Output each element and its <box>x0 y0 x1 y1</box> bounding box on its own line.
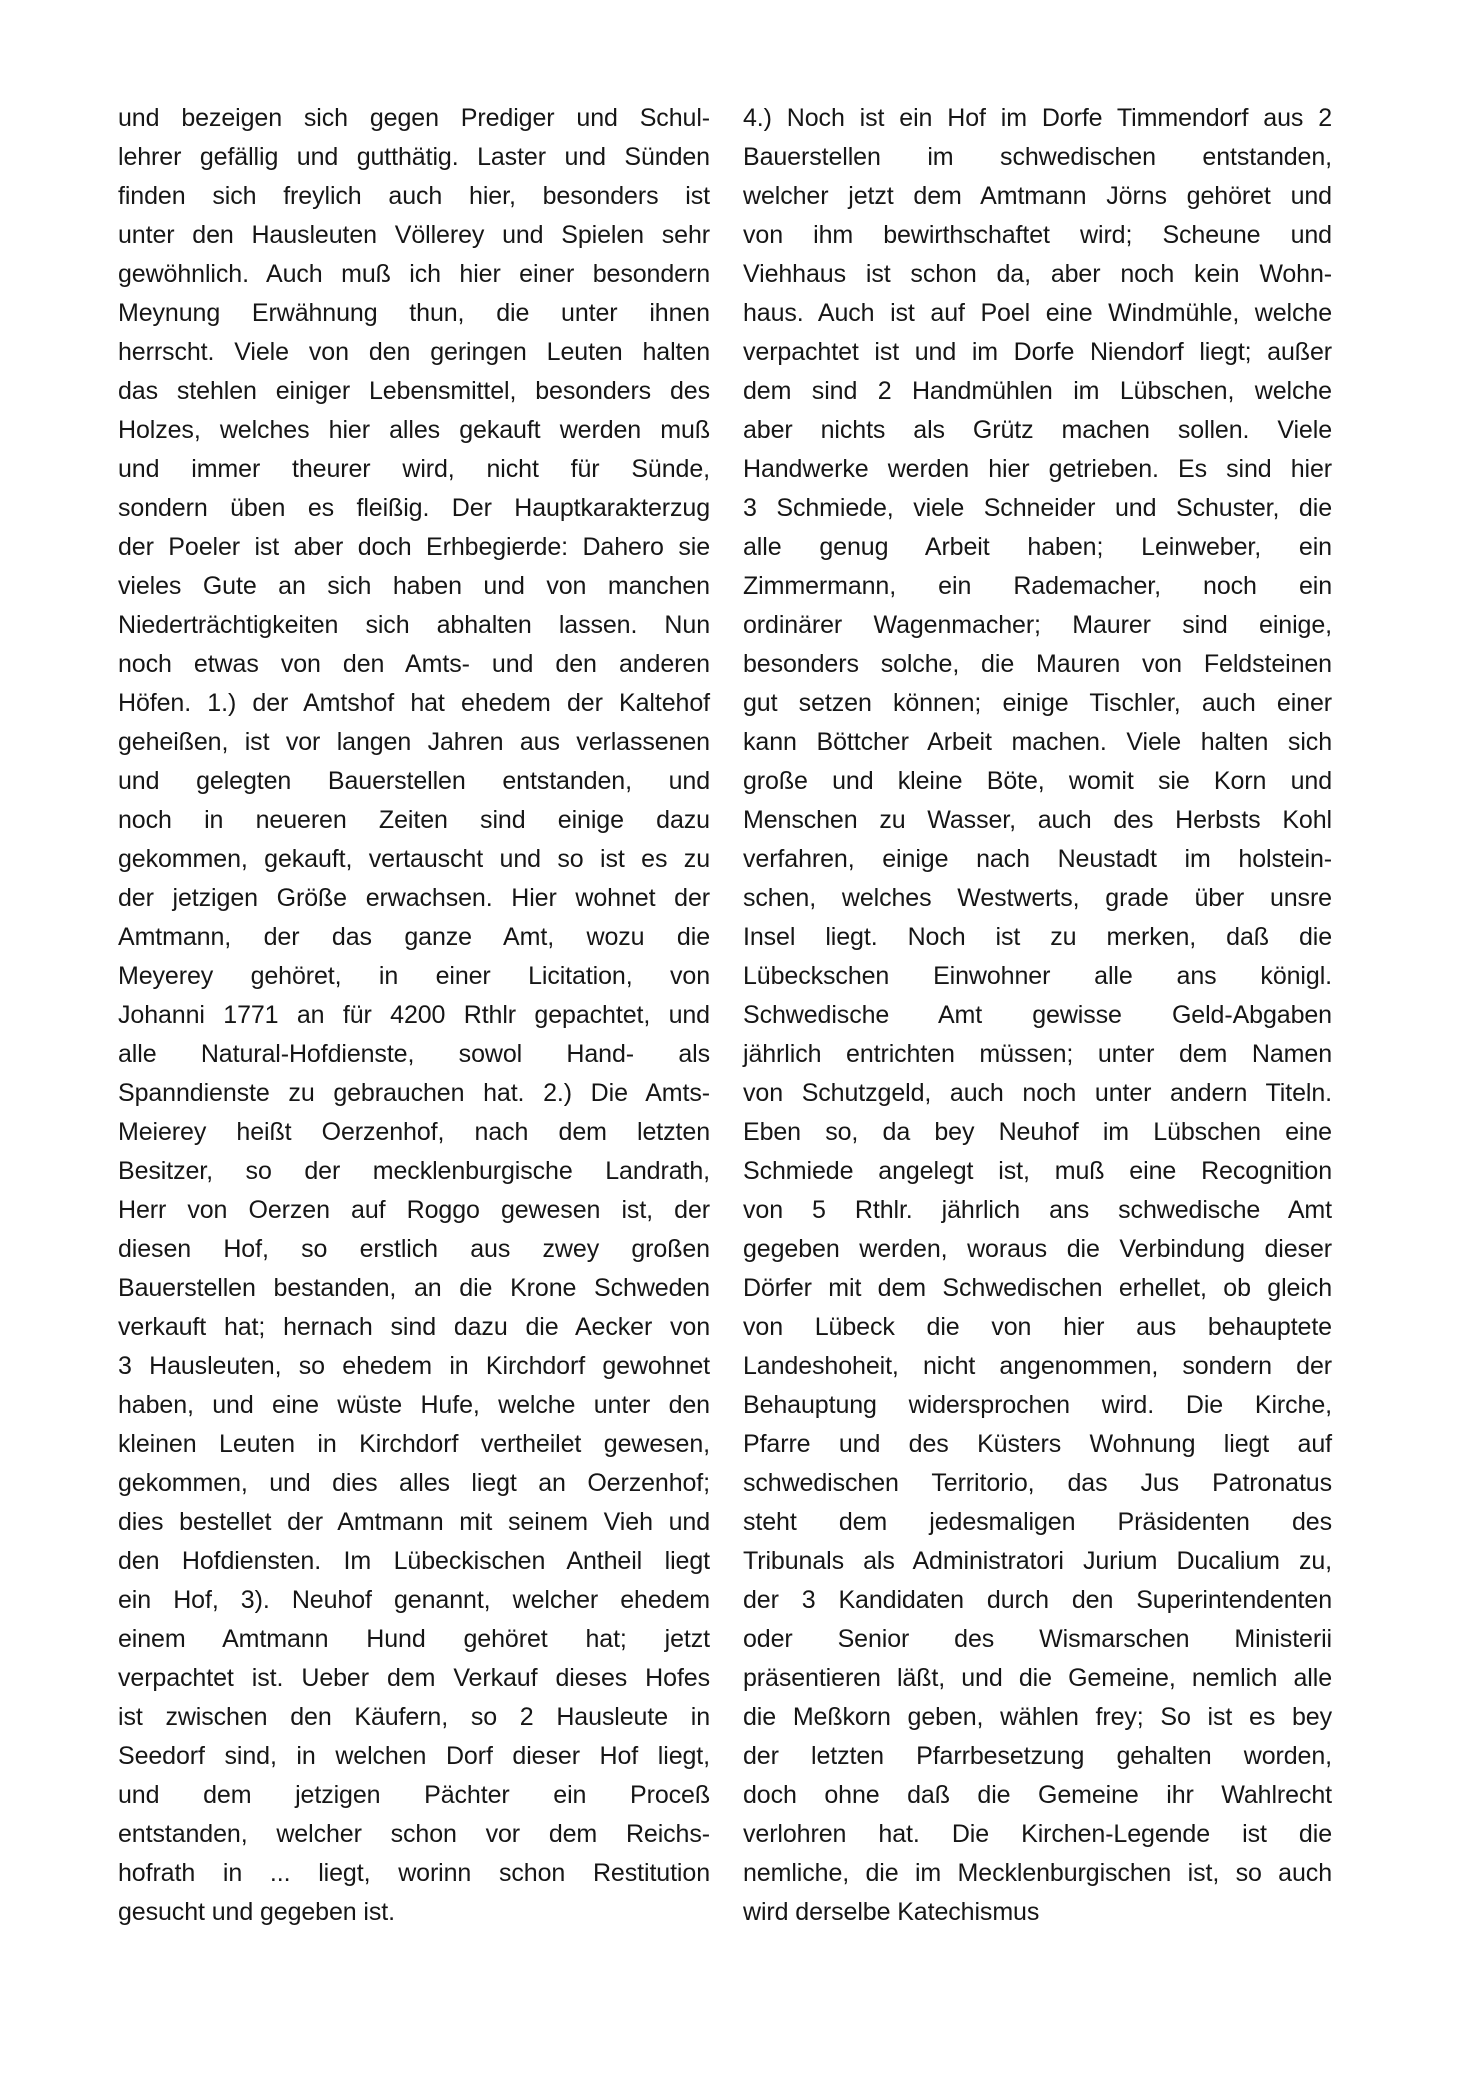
text-line: Schmiede angelegt ist, muß eine Recognit… <box>743 1152 1332 1191</box>
text-line: dies bestellet der Amtmann mit seinem Vi… <box>118 1503 710 1542</box>
text-line: Besitzer, so der mecklenburgische Landra… <box>118 1152 710 1191</box>
text-line: gekommen, gekauft, vertauscht und so ist… <box>118 840 710 879</box>
document-page: und bezeigen sich gegen Prediger und Sch… <box>0 0 1466 2073</box>
text-line: Herr von Oerzen auf Roggo gewesen ist, d… <box>118 1191 710 1230</box>
text-line: Niederträchtigkeiten sich abhalten lasse… <box>118 606 710 645</box>
text-line: diesen Hof, so erstlich aus zwey großen <box>118 1230 710 1269</box>
text-line: kleinen Leuten in Kirchdorf vertheilet g… <box>118 1425 710 1464</box>
text-line: finden sich freylich auch hier, besonder… <box>118 177 710 216</box>
text-line: kann Böttcher Arbeit machen. Viele halte… <box>743 723 1332 762</box>
text-line: vieles Gute an sich haben und von manche… <box>118 567 710 606</box>
text-line: noch in neueren Zeiten sind einige dazu <box>118 801 710 840</box>
text-line: verfahren, einige nach Neustadt im holst… <box>743 840 1332 879</box>
text-line: Dörfer mit dem Schwedischen erhellet, ob… <box>743 1269 1332 1308</box>
text-line: präsentieren läßt, und die Gemeine, neml… <box>743 1659 1332 1698</box>
text-line: Lübeckschen Einwohner alle ans königl. <box>743 957 1332 996</box>
text-line: und dem jetzigen Pächter ein Proceß <box>118 1776 710 1815</box>
text-line: Eben so, da bey Neuhof im Lübschen eine <box>743 1113 1332 1152</box>
text-line: und immer theurer wird, nicht für Sünde, <box>118 450 710 489</box>
text-line: wird derselbe Katechismus <box>743 1893 1332 1932</box>
text-line: Höfen. 1.) der Amtshof hat ehedem der Ka… <box>118 684 710 723</box>
text-line: Viehhaus ist schon da, aber noch kein Wo… <box>743 255 1332 294</box>
text-line: steht dem jedesmaligen Präsidenten des <box>743 1503 1332 1542</box>
text-line: schen, welches Westwerts, grade über uns… <box>743 879 1332 918</box>
text-line: einem Amtmann Hund gehöret hat; jetzt <box>118 1620 710 1659</box>
text-line: ist zwischen den Käufern, so 2 Hausleute… <box>118 1698 710 1737</box>
text-line: welcher jetzt dem Amtmann Jörns gehöret … <box>743 177 1332 216</box>
text-line: Landeshoheit, nicht angenommen, sondern … <box>743 1347 1332 1386</box>
text-line: noch etwas von den Amts- und den anderen <box>118 645 710 684</box>
text-line: der letzten Pfarrbesetzung gehalten word… <box>743 1737 1332 1776</box>
text-line: gegeben werden, woraus die Verbindung di… <box>743 1230 1332 1269</box>
text-line: der 3 Kandidaten durch den Superintenden… <box>743 1581 1332 1620</box>
text-line: Insel liegt. Noch ist zu merken, daß die <box>743 918 1332 957</box>
text-line: von Schutzgeld, auch noch unter andern T… <box>743 1074 1332 1113</box>
text-line: verkauft hat; hernach sind dazu die Aeck… <box>118 1308 710 1347</box>
text-line: gekommen, und dies alles liegt an Oerzen… <box>118 1464 710 1503</box>
text-line: Bauerstellen im schwedischen entstanden, <box>743 138 1332 177</box>
text-line: die Meßkorn geben, wählen frey; So ist e… <box>743 1698 1332 1737</box>
text-line: besonders solche, die Mauren von Feldste… <box>743 645 1332 684</box>
text-line: von 5 Rthlr. jährlich ans schwedische Am… <box>743 1191 1332 1230</box>
text-line: alle Natural-Hofdienste, sowol Hand- als <box>118 1035 710 1074</box>
text-column-right: 4.) Noch ist ein Hof im Dorfe Timmendorf… <box>743 99 1332 1932</box>
text-line: alle genug Arbeit haben; Leinweber, ein <box>743 528 1332 567</box>
text-line: doch ohne daß die Gemeine ihr Wahlrecht <box>743 1776 1332 1815</box>
text-line: haben, und eine wüste Hufe, welche unter… <box>118 1386 710 1425</box>
text-line: 3 Schmiede, viele Schneider und Schuster… <box>743 489 1332 528</box>
text-line: unter den Hausleuten Völlerey und Spiele… <box>118 216 710 255</box>
text-line: Seedorf sind, in welchen Dorf dieser Hof… <box>118 1737 710 1776</box>
text-line: ein Hof, 3). Neuhof genannt, welcher ehe… <box>118 1581 710 1620</box>
text-line: Holzes, welches hier alles gekauft werde… <box>118 411 710 450</box>
text-line: schwedischen Territorio, das Jus Patrona… <box>743 1464 1332 1503</box>
text-line: Meierey heißt Oerzenhof, nach dem letzte… <box>118 1113 710 1152</box>
text-line: Zimmermann, ein Rademacher, noch ein <box>743 567 1332 606</box>
text-line: von Lübeck die von hier aus behauptete <box>743 1308 1332 1347</box>
text-line: oder Senior des Wismarschen Ministerii <box>743 1620 1332 1659</box>
text-line: aber nichts als Grütz machen sollen. Vie… <box>743 411 1332 450</box>
text-line: Handwerke werden hier getrieben. Es sind… <box>743 450 1332 489</box>
text-line: der Poeler ist aber doch Erhbegierde: Da… <box>118 528 710 567</box>
text-line: große und kleine Böte, womit sie Korn un… <box>743 762 1332 801</box>
text-line: gut setzen können; einige Tischler, auch… <box>743 684 1332 723</box>
text-line: Bauerstellen bestanden, an die Krone Sch… <box>118 1269 710 1308</box>
text-line: den Hofdiensten. Im Lübeckischen Antheil… <box>118 1542 710 1581</box>
text-line: Meyerey gehöret, in einer Licitation, vo… <box>118 957 710 996</box>
text-line: verpachtet ist. Ueber dem Verkauf dieses… <box>118 1659 710 1698</box>
text-line: 3 Hausleuten, so ehedem in Kirchdorf gew… <box>118 1347 710 1386</box>
text-line: haus. Auch ist auf Poel eine Windmühle, … <box>743 294 1332 333</box>
text-column-left: und bezeigen sich gegen Prediger und Sch… <box>118 99 710 1932</box>
text-line: gewöhnlich. Auch muß ich hier einer beso… <box>118 255 710 294</box>
text-line: von ihm bewirthschaftet wird; Scheune un… <box>743 216 1332 255</box>
text-line: entstanden, welcher schon vor dem Reichs… <box>118 1815 710 1854</box>
text-line: hofrath in ... liegt, worinn schon Resti… <box>118 1854 710 1893</box>
text-line: Amtmann, der das ganze Amt, wozu die <box>118 918 710 957</box>
text-line: jährlich entrichten müssen; unter dem Na… <box>743 1035 1332 1074</box>
text-line: Johanni 1771 an für 4200 Rthlr gepachtet… <box>118 996 710 1035</box>
text-line: gesucht und gegeben ist. <box>118 1893 710 1932</box>
text-line: Tribunals als Administratori Jurium Duca… <box>743 1542 1332 1581</box>
text-line: Schwedische Amt gewisse Geld-Abgaben <box>743 996 1332 1035</box>
text-line: 4.) Noch ist ein Hof im Dorfe Timmendorf… <box>743 99 1332 138</box>
text-line: sondern üben es fleißig. Der Hauptkarakt… <box>118 489 710 528</box>
text-line: herrscht. Viele von den geringen Leuten … <box>118 333 710 372</box>
text-line: Behauptung widersprochen wird. Die Kirch… <box>743 1386 1332 1425</box>
text-line: nemliche, die im Mecklenburgischen ist, … <box>743 1854 1332 1893</box>
text-line: Pfarre und des Küsters Wohnung liegt auf <box>743 1425 1332 1464</box>
text-line: und bezeigen sich gegen Prediger und Sch… <box>118 99 710 138</box>
text-line: dem sind 2 Handmühlen im Lübschen, welch… <box>743 372 1332 411</box>
text-line: das stehlen einiger Lebensmittel, besond… <box>118 372 710 411</box>
text-line: der jetzigen Größe erwachsen. Hier wohne… <box>118 879 710 918</box>
text-line: lehrer gefällig und gutthätig. Laster un… <box>118 138 710 177</box>
text-line: geheißen, ist vor langen Jahren aus verl… <box>118 723 710 762</box>
text-line: Spanndienste zu gebrauchen hat. 2.) Die … <box>118 1074 710 1113</box>
text-line: verpachtet ist und im Dorfe Niendorf lie… <box>743 333 1332 372</box>
text-line: Menschen zu Wasser, auch des Herbsts Koh… <box>743 801 1332 840</box>
text-line: ordinärer Wagenmacher; Maurer sind einig… <box>743 606 1332 645</box>
text-line: verlohren hat. Die Kirchen-Legende ist d… <box>743 1815 1332 1854</box>
text-line: und gelegten Bauerstellen entstanden, un… <box>118 762 710 801</box>
text-line: Meynung Erwähnung thun, die unter ihnen <box>118 294 710 333</box>
